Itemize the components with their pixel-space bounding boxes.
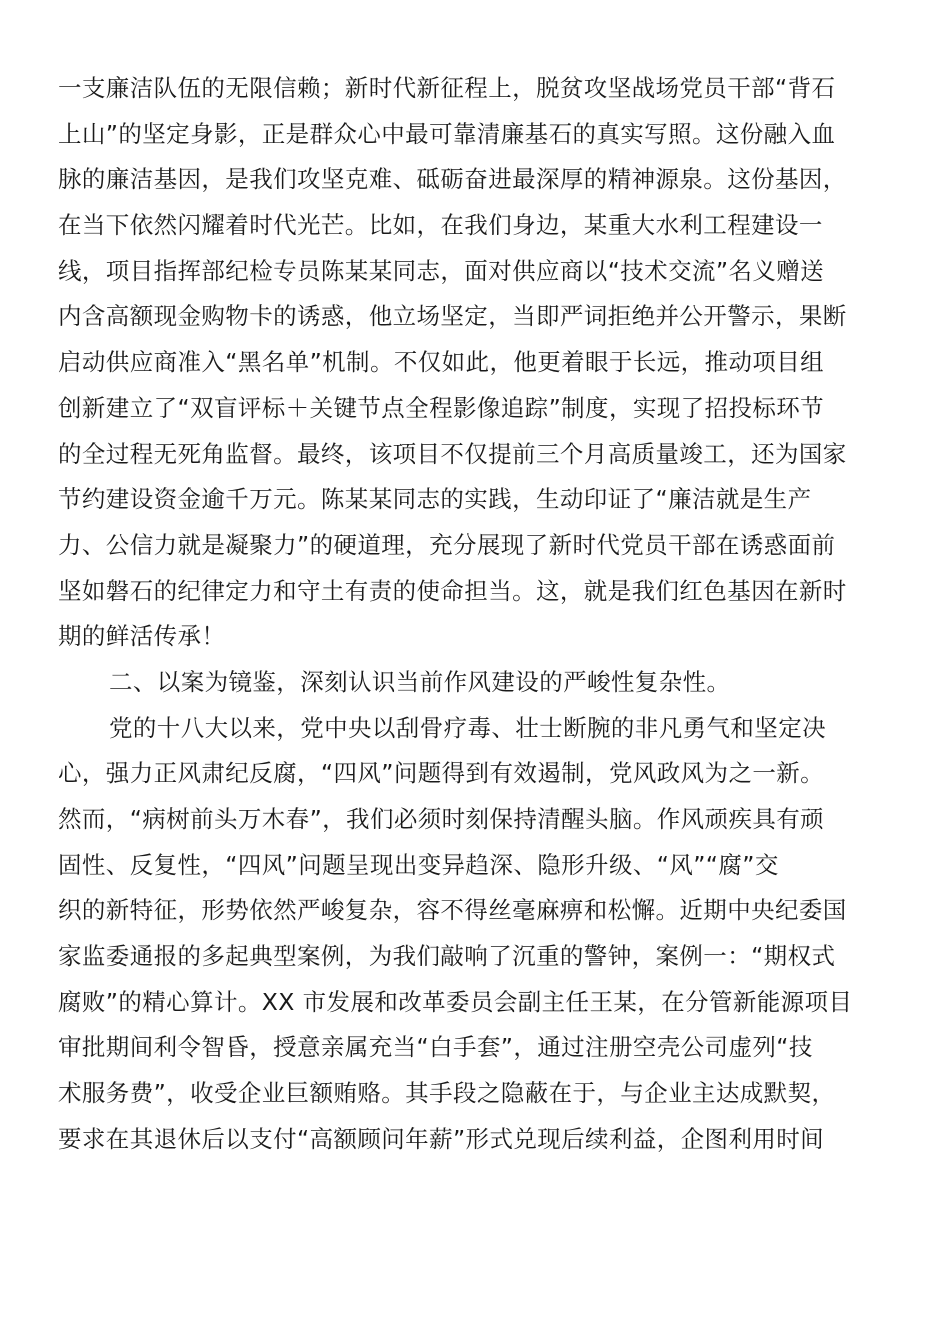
body-text-line: 线，项目指挥部纪检专员陈某某同志，面对供应商以“技术交流”名义赠送 bbox=[58, 249, 888, 295]
body-text-line: 要求在其退休后以支付“高额顾问年薪”形式兑现后续利益，企图利用时间 bbox=[58, 1117, 888, 1163]
body-text-line: 坚如磐石的纪律定力和守土有责的使命担当。这，就是我们红色基因在新时 bbox=[58, 569, 888, 615]
body-text-line: 力、公信力就是凝聚力”的硬道理，充分展现了新时代党员干部在诱惑面前 bbox=[58, 523, 888, 569]
section-heading: 二、以案为镜鉴，深刻认识当前作风建设的严峻性复杂性。 bbox=[58, 660, 888, 706]
body-text-line: 期的鲜活传承！ bbox=[58, 614, 888, 660]
body-text-line: 审批期间利令智昏，授意亲属充当“白手套”，通过注册空壳公司虚列“技 bbox=[58, 1025, 888, 1071]
body-text-line: 在当下依然闪耀着时代光芒。比如，在我们身边，某重大水利工程建设一 bbox=[58, 203, 888, 249]
body-text-line: 脉的廉洁基因，是我们攻坚克难、砥砺奋进最深厚的精神源泉。这份基因， bbox=[58, 157, 888, 203]
body-text-line: 启动供应商准入“黑名单”机制。不仅如此，他更着眼于长远，推动项目组 bbox=[58, 340, 888, 386]
body-text-line: 织的新特征，形势依然严峻复杂，容不得丝毫麻痹和松懈。近期中央纪委国 bbox=[58, 888, 888, 934]
body-text-line: 然而，“病树前头万木春”，我们必须时刻保持清醒头脑。作风顽疾具有顽 bbox=[58, 797, 888, 843]
body-text-line: 家监委通报的多起典型案例，为我们敲响了沉重的警钟，案例一：“期权式 bbox=[58, 934, 888, 980]
body-text-line: 一支廉洁队伍的无限信赖；新时代新征程上，脱贫攻坚战场党员干部“背石 bbox=[58, 66, 888, 112]
body-text-line: 的全过程无死角监督。最终，该项目不仅提前三个月高质量竣工，还为国家 bbox=[58, 432, 888, 478]
body-text-line: 心，强力正风肃纪反腐，“四风”问题得到有效遏制，党风政风为之一新。 bbox=[58, 751, 888, 797]
body-text-line: 固性、反复性，“四风”问题呈现出变异趋深、隐形升级、“风”“腐”交 bbox=[58, 843, 888, 889]
body-text-line: 节约建设资金逾千万元。陈某某同志的实践，生动印证了“廉洁就是生产 bbox=[58, 477, 888, 523]
body-text-line: 腐败”的精心算计。XX 市发展和改革委员会副主任王某，在分管新能源项目 bbox=[58, 980, 888, 1026]
paragraph-first-line: 党的十八大以来，党中央以刮骨疗毒、壮士断腕的非凡勇气和坚定决 bbox=[58, 706, 888, 752]
body-text-line: 术服务费”，收受企业巨额贿赂。其手段之隐蔽在于，与企业主达成默契， bbox=[58, 1071, 888, 1117]
body-text-line: 上山”的坚定身影，正是群众心中最可靠清廉基石的真实写照。这份融入血 bbox=[58, 112, 888, 158]
body-text-line: 内含高额现金购物卡的诱惑，他立场坚定，当即严词拒绝并公开警示，果断 bbox=[58, 294, 888, 340]
body-text-line: 创新建立了“双盲评标＋关键节点全程影像追踪”制度，实现了招投标环节 bbox=[58, 386, 888, 432]
document-page: 一支廉洁队伍的无限信赖；新时代新征程上，脱贫攻坚战场党员干部“背石 上山”的坚定… bbox=[58, 66, 888, 1163]
